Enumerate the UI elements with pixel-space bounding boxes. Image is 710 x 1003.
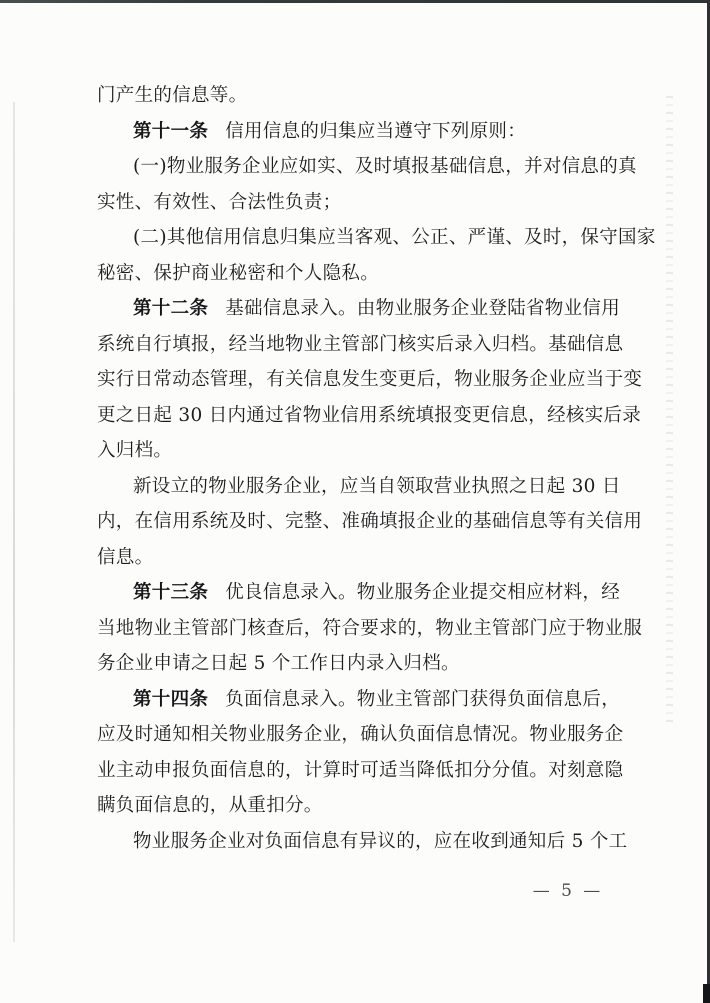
line-text: 务企业申请之日起 5 个工作日内录入归档。 bbox=[97, 653, 460, 674]
scan-top-edge bbox=[0, 0, 710, 3]
line-text: 新设立的物业服务企业，应当自领取营业执照之日起 30 日 bbox=[133, 476, 621, 497]
line-text: 秘密、保护商业秘密和个人隐私。 bbox=[97, 263, 379, 284]
scanned-page: 门产生的信息等。第十一条信用信息的归集应当遵守下列原则：(一)物业服务企业应如实… bbox=[0, 0, 710, 1003]
line-text: 更之日起 30 日内通过省物业信用系统填报变更信息，经核实后录 bbox=[97, 405, 641, 426]
text-line: 实性、有效性、合法性负责； bbox=[97, 185, 617, 221]
line-text: 瞒负面信息的，从重扣分。 bbox=[97, 795, 323, 816]
line-text: 门产生的信息等。 bbox=[97, 85, 247, 106]
text-line: 瞒负面信息的，从重扣分。 bbox=[97, 788, 617, 824]
text-line: 信息。 bbox=[97, 540, 617, 576]
text-line: 系统自行填报，经当地物业主管部门核实后录入归档。基础信息 bbox=[97, 327, 617, 363]
line-text: 优良信息录入。物业服务企业提交相应材料，经 bbox=[225, 582, 620, 603]
line-text: (一)物业服务企业应如实、及时填报基础信息，并对信息的真 bbox=[133, 156, 637, 177]
line-text: (二)其他信用信息归集应当客观、公正、严谨、及时，保守国家 bbox=[133, 227, 656, 248]
text-line: 更之日起 30 日内通过省物业信用系统填报变更信息，经核实后录 bbox=[97, 398, 617, 434]
ink-bleed-noise bbox=[666, 96, 673, 722]
text-line: 入归档。 bbox=[97, 433, 617, 469]
page-number: — 5 — bbox=[526, 876, 610, 906]
line-text: 内，在信用系统及时、完整、准确填报企业的基础信息等有关信用 bbox=[97, 511, 642, 532]
text-line: 门产生的信息等。 bbox=[97, 78, 617, 114]
article-number: 第十四条 bbox=[133, 689, 208, 710]
text-line: 物业服务企业对负面信息有异议的，应在收到通知后 5 个工 bbox=[97, 824, 617, 860]
text-line: 业主动申报负面信息的，计算时可适当降低扣分分值。对刻意隐 bbox=[97, 753, 617, 789]
text-line: 秘密、保护商业秘密和个人隐私。 bbox=[97, 256, 617, 292]
article-number: 第十三条 bbox=[133, 582, 208, 603]
line-text: 应及时通知相关物业服务企业，确认负面信息情况。物业服务企 bbox=[97, 724, 623, 745]
page-left-edge-shadow bbox=[13, 102, 15, 942]
text-line: 第十二条基础信息录入。由物业服务企业登陆省物业信用 bbox=[97, 291, 617, 327]
text-line: 第十四条负面信息录入。物业主管部门获得负面信息后， bbox=[97, 682, 617, 718]
line-text: 业主动申报负面信息的，计算时可适当降低扣分分值。对刻意隐 bbox=[97, 760, 623, 781]
text-line: 第十一条信用信息的归集应当遵守下列原则： bbox=[97, 114, 617, 150]
article-number: 第十二条 bbox=[133, 298, 208, 319]
text-line: 第十三条优良信息录入。物业服务企业提交相应材料，经 bbox=[97, 575, 617, 611]
line-text: 实行日常动态管理，有关信息发生变更后，物业服务企业应当于变 bbox=[97, 369, 642, 390]
text-line: 内，在信用系统及时、完整、准确填报企业的基础信息等有关信用 bbox=[97, 504, 617, 540]
text-line: 当地物业主管部门核查后，符合要求的，物业主管部门应于物业服 bbox=[97, 611, 617, 647]
text-line: 应及时通知相关物业服务企业，确认负面信息情况。物业服务企 bbox=[97, 717, 617, 753]
line-text: 当地物业主管部门核查后，符合要求的，物业主管部门应于物业服 bbox=[97, 618, 642, 639]
line-text: 信息。 bbox=[97, 547, 153, 568]
text-line: 新设立的物业服务企业，应当自领取营业执照之日起 30 日 bbox=[97, 469, 617, 505]
scan-corner-mark bbox=[703, 984, 710, 1003]
text-line: 实行日常动态管理，有关信息发生变更后，物业服务企业应当于变 bbox=[97, 362, 617, 398]
line-text: 基础信息录入。由物业服务企业登陆省物业信用 bbox=[225, 298, 620, 319]
line-text: 信用信息的归集应当遵守下列原则： bbox=[225, 121, 526, 142]
text-line: 务企业申请之日起 5 个工作日内录入归档。 bbox=[97, 646, 617, 682]
text-line: (二)其他信用信息归集应当客观、公正、严谨、及时，保守国家 bbox=[97, 220, 617, 256]
document-body: 门产生的信息等。第十一条信用信息的归集应当遵守下列原则：(一)物业服务企业应如实… bbox=[97, 78, 617, 859]
line-text: 入归档。 bbox=[97, 440, 172, 461]
article-number: 第十一条 bbox=[133, 121, 208, 142]
line-text: 系统自行填报，经当地物业主管部门核实后录入归档。基础信息 bbox=[97, 334, 623, 355]
line-text: 实性、有效性、合法性负责； bbox=[97, 192, 341, 213]
line-text: 物业服务企业对负面信息有异议的，应在收到通知后 5 个工 bbox=[133, 831, 627, 852]
line-text: 负面信息录入。物业主管部门获得负面信息后， bbox=[225, 689, 620, 710]
text-line: (一)物业服务企业应如实、及时填报基础信息，并对信息的真 bbox=[97, 149, 617, 185]
